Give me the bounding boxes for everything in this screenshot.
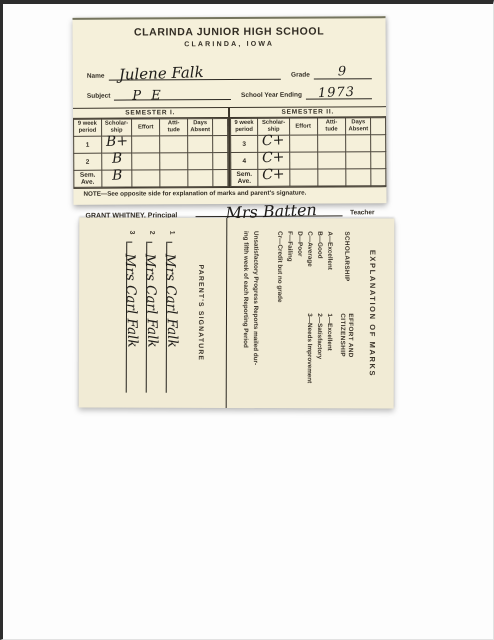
grade-handwritten: C+ [259,168,290,183]
signature-row-number: 3 [126,231,135,242]
col-days-absent: Days Absent [188,119,213,137]
days-absent-cell [188,170,213,187]
scholarship-item: F—Failing [284,231,294,313]
grade-label: Grade [291,72,310,80]
progress-note-line: ing fifth week of each Reporting Period [241,231,251,395]
school-location: CLARINDA, IOWA [73,40,386,49]
col-period: 9 week period [230,118,258,136]
col-extra [371,118,386,136]
grade-handwritten: B+ [102,134,132,149]
progress-note: Unsatisfactory Progress Reports mailed d… [241,231,261,395]
col-attitude: Atti- tude [159,119,187,137]
note-text: NOTE—See opposite side for explanation o… [83,190,376,199]
scholarship-item: C—Average [304,231,314,313]
effort-cell [132,170,160,187]
col-attitude: Atti- tude [317,118,346,136]
period-cell: 1 [74,137,102,154]
signature-row-1: 1 Mrs Carl Falk [166,231,186,395]
report-card-back-content: EXPLANATION OF MARKS SCHOLARSHIP A—Excel… [79,217,395,408]
effort-column: EFFORT AND CITIZENSHIP 1—Excellent 2—Sat… [274,313,355,395]
grade-handwritten: B [102,168,132,183]
effort-header: EFFORT AND CITIZENSHIP [337,313,355,395]
effort-item: 1—Excellent [324,313,334,395]
effort-item: 3—Needs Improvement [304,313,314,395]
effort-cell [132,136,160,153]
scholarship-item: Cr—Credit but no grade [274,231,284,313]
period-cell: Sem. Ave. [230,170,258,187]
parent-signature-rows: 1 Mrs Carl Falk 2 Mrs Carl Falk 3 Mrs Ca… [126,231,186,395]
attitude-cell [160,153,188,170]
parent-signature-handwritten: Mrs Carl Falk [123,253,139,347]
semester-2-header-row: 9 week period Scholar- ship Effort Atti-… [230,118,386,136]
subject-year-row: Subject P E School Year Ending 1973 [87,82,372,100]
subject-handwritten: P E [132,89,163,102]
year-field-line: 1973 [306,82,372,99]
grade-field-line: 9 [314,59,372,79]
attitude-cell [317,169,346,186]
effort-cell [132,153,160,170]
attitude-cell [160,170,188,187]
name-label: Name [87,73,105,81]
period-cell: Sem. Ave. [74,171,102,188]
scholarship-item: D—Poor [294,231,304,313]
attitude-cell [160,136,188,153]
period-cell: 2 [74,154,102,171]
grade-handwritten: C+ [258,151,289,166]
signature-row-number: 2 [146,231,155,242]
scanned-page: CLARINDA JUNIOR HIGH SCHOOL CLARINDA, IO… [0,0,494,640]
extra-cell [371,152,386,169]
days-absent-cell [188,136,213,153]
effort-cell [289,153,317,170]
col-effort: Effort [289,118,317,136]
days-absent-cell [188,153,213,170]
explanation-title: EXPLANATION OF MARKS [368,231,378,395]
progress-note-line: Unsatisfactory Progress Reports mailed d… [250,231,260,395]
school-year-label: School Year Ending [241,92,302,100]
period-cell: 3 [230,136,258,153]
semester-2-table: 9 week period Scholar- ship Effort Atti-… [230,117,387,187]
attitude-cell [317,135,346,152]
school-name: CLARINDA JUNIOR HIGH SCHOOL [73,25,386,39]
signature-line: Mrs Carl Falk [146,242,166,393]
signature-row-number: 1 [166,231,175,242]
table-row: Sem. Ave. B [74,170,228,188]
semester-1-table: 9 week period Scholar- ship Effort Atti-… [73,118,228,188]
grade-table: SEMESTER I. 9 week period Scholar- ship … [73,106,386,189]
col-effort: Effort [132,119,160,137]
period-cell: 4 [230,153,258,170]
subject-field-line: P E [114,83,231,101]
days-absent-cell [346,135,371,152]
extra-cell [371,135,386,152]
scholarship-item: B—Good [314,231,324,313]
semester-2-section: SEMESTER II. 9 week period Scholar- ship… [229,107,386,187]
extra-cell [213,153,228,170]
marks-legend: SCHOLARSHIP A—Excellent B—Good C—Average… [274,231,356,395]
days-absent-cell [346,169,371,186]
days-absent-cell [346,152,371,169]
scholarship-cell: C+ [258,170,289,187]
semester-1-header-row: 9 week period Scholar- ship Effort Atti-… [74,119,228,137]
extra-cell [213,170,228,187]
table-row: 4 C+ [230,152,386,170]
signature-line: Mrs Carl Falk [126,242,146,393]
scholarship-cell: B [101,170,132,187]
name-grade-row: Name Julene Falk Grade 9 [87,59,372,80]
attitude-cell [317,152,346,169]
col-extra [212,119,227,137]
signature-row-3: 3 Mrs Carl Falk [126,231,146,395]
scholarship-column: SCHOLARSHIP A—Excellent B—Good C—Average… [274,231,355,313]
col-period: 9 week period [74,119,102,137]
table-row: 3 C+ [230,135,386,153]
subject-label: Subject [87,93,111,101]
teacher-signature-line: Mrs Batten [195,201,342,218]
grade-handwritten: 9 [338,65,346,78]
table-row: 2 B [74,153,228,171]
grade-handwritten: B [102,151,132,166]
student-name-handwritten: Julene Falk [118,65,203,83]
col-days-absent: Days Absent [346,118,371,136]
report-card-back: EXPLANATION OF MARKS SCHOLARSHIP A—Excel… [79,217,395,408]
signature-line: Mrs Carl Falk [166,242,186,393]
scholarship-header: SCHOLARSHIP [337,231,355,313]
semester-1-section: SEMESTER I. 9 week period Scholar- ship … [73,108,230,188]
table-row: 1 B+ [74,136,228,154]
effort-item: 2—Satisfactory [314,313,324,395]
table-row: Sem. Ave. C+ [230,169,386,187]
name-field-line: Julene Falk [108,60,281,81]
signature-row-2: 2 Mrs Carl Falk [146,231,166,395]
report-card-front: CLARINDA JUNIOR HIGH SCHOOL CLARINDA, IO… [73,16,387,205]
effort-cell [289,170,317,187]
effort-cell [289,136,317,153]
grade-handwritten: C+ [258,134,289,149]
section-divider [226,218,228,408]
extra-cell [213,136,228,153]
parents-signature-header: PARENT'S SIGNATURE [197,231,205,395]
year-handwritten: 1973 [318,86,356,100]
scholarship-item: A—Excellent [324,231,334,313]
extra-cell [371,169,386,186]
